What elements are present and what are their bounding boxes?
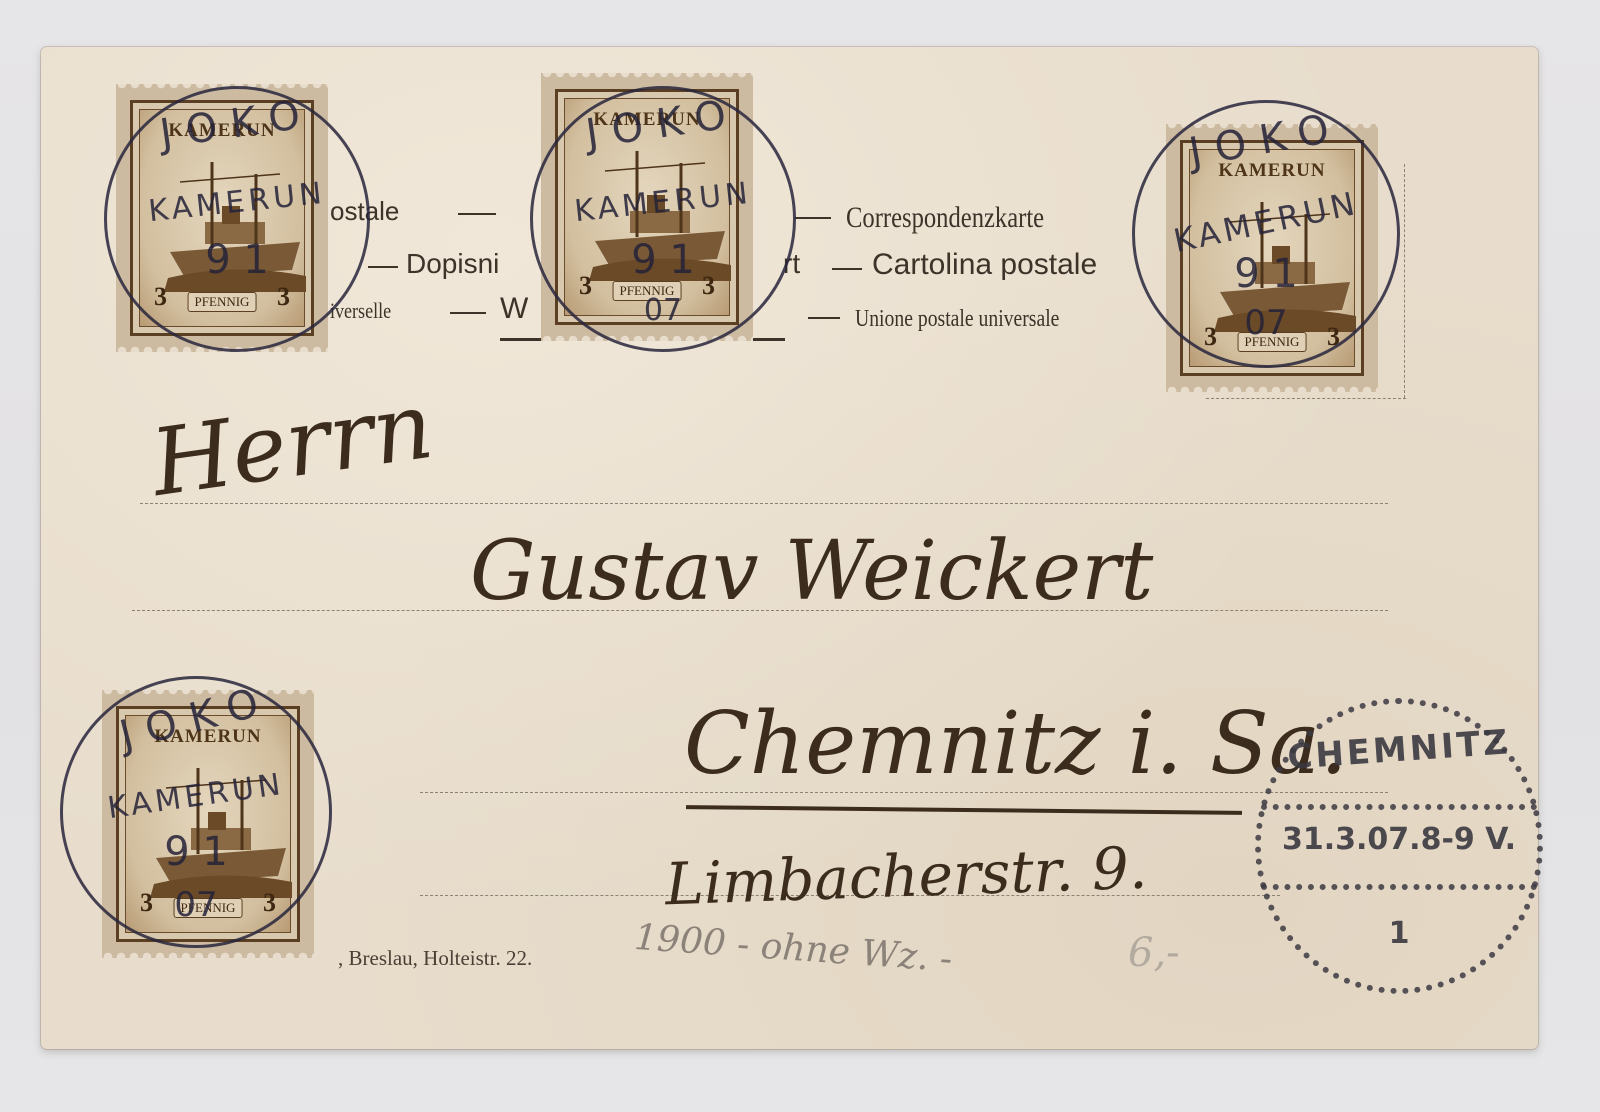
header-dash	[795, 217, 831, 219]
stamp-value: 3	[263, 888, 276, 918]
ship-icon	[146, 758, 296, 898]
stamp-country: KAMERUN	[126, 726, 290, 748]
header-dash	[458, 213, 496, 215]
address-name: Gustav Weickert	[470, 524, 1153, 619]
stamp-value: 3	[1204, 322, 1217, 352]
header-line1-right: Correspondenzkarte	[846, 201, 1044, 235]
ship-icon	[1210, 192, 1360, 332]
publisher-imprint: , Breslau, Holteistr. 22.	[338, 946, 532, 971]
stamp-box-line	[1404, 164, 1405, 398]
header-line2-partial: rt	[783, 248, 800, 280]
stamp-value: 3	[154, 282, 167, 312]
chemnitz-cancel: CHEMNITZ 31.3.07.8-9 V. 1	[1255, 698, 1543, 994]
header-dash	[808, 317, 840, 319]
chemnitz-office: 1	[1261, 916, 1537, 951]
ship-icon	[160, 152, 310, 292]
stamp-unit: PFENNIG	[188, 292, 257, 312]
address-line	[140, 503, 1388, 504]
stamp-unit: PFENNIG	[174, 898, 243, 918]
header-line3-middle: W	[500, 292, 528, 326]
stamp-2: KAMERUN 3 PFENNIG 3	[541, 73, 753, 341]
stamp-country: KAMERUN	[140, 120, 304, 142]
ship-icon	[585, 141, 735, 281]
stamp-value: 3	[1327, 322, 1340, 352]
pencil-price: 6,-	[1128, 930, 1180, 976]
chemnitz-datetime: 31.3.07.8-9 V.	[1261, 822, 1537, 857]
stamp-value: 3	[277, 282, 290, 312]
header-dash	[450, 312, 486, 314]
header-line2-right: Cartolina postale	[872, 248, 1097, 282]
address-city: Chemnitz i. Sa.	[684, 694, 1347, 794]
stamp-value: 3	[140, 888, 153, 918]
header-line1-left: ostale	[330, 196, 399, 227]
stamp-value: 3	[702, 271, 715, 301]
stamp-box-line	[1206, 398, 1406, 399]
stamp-unit: PFENNIG	[1238, 332, 1307, 352]
header-line2-left: Dopisni	[406, 248, 499, 280]
header-dash	[832, 268, 862, 270]
stamp-country: KAMERUN	[565, 109, 729, 131]
stamp-3: KAMERUN 3 PFENNIG 3	[1166, 124, 1378, 392]
stamp-country: KAMERUN	[1190, 160, 1354, 182]
stamp-4: KAMERUN 3 PFENNIG 3	[102, 690, 314, 958]
stamp-unit: PFENNIG	[613, 281, 682, 301]
header-line3-right: Unione postale universale	[855, 306, 1059, 333]
stamp-1: KAMERUN 3 PFENNIG 3	[116, 84, 328, 352]
stamp-value: 3	[579, 271, 592, 301]
header-line3-left: iverselle	[330, 298, 391, 324]
header-dash	[368, 266, 398, 268]
